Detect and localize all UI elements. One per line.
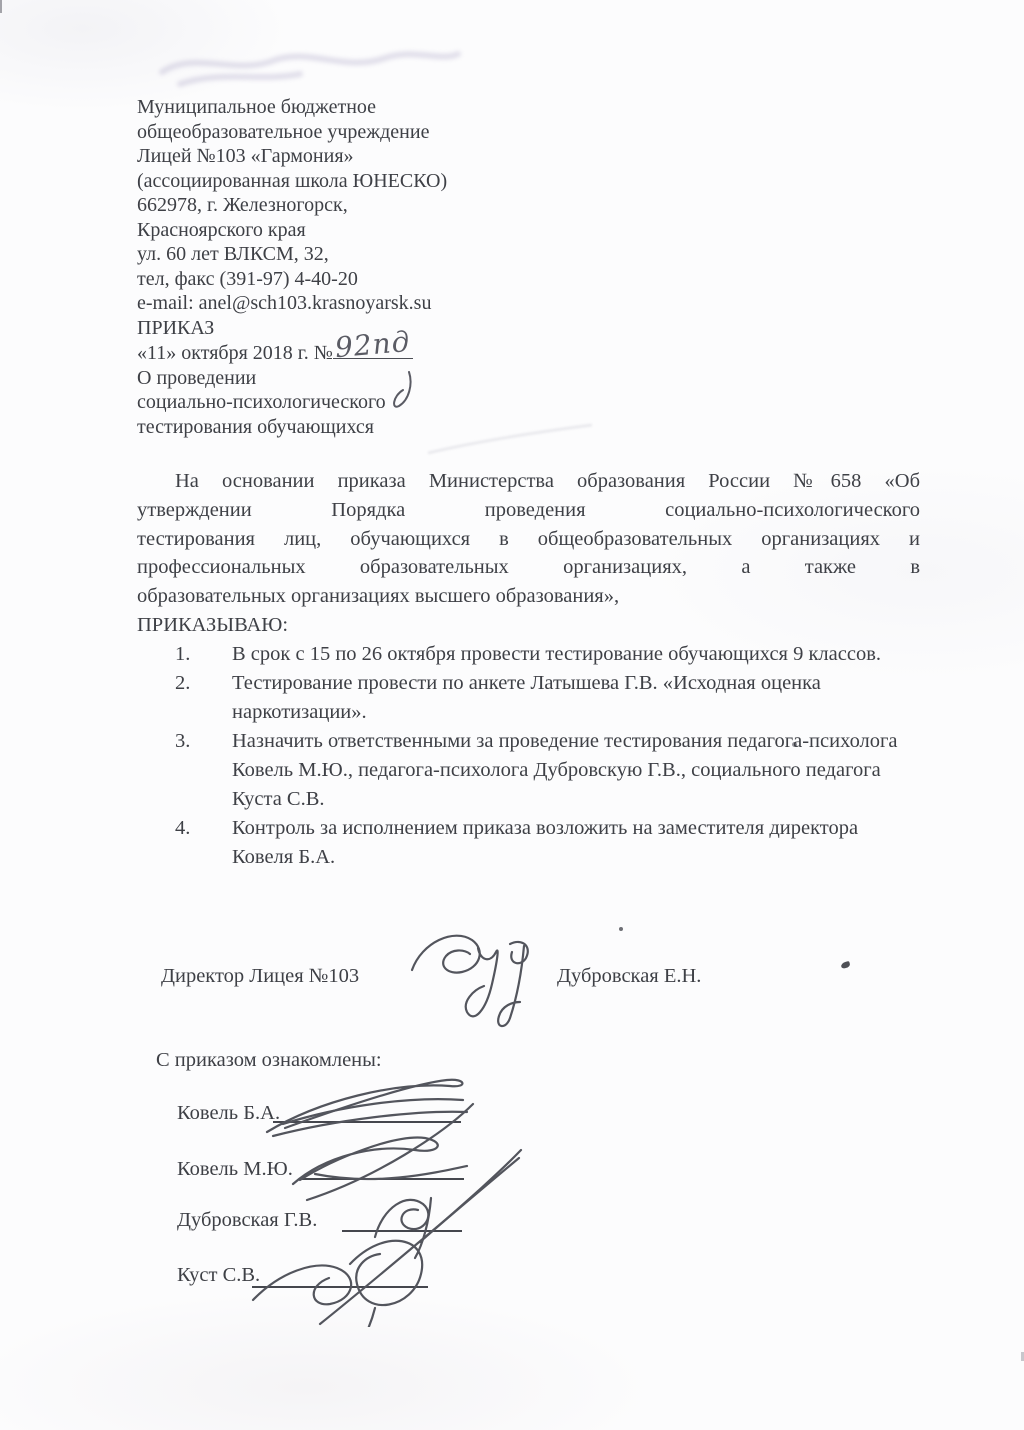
preamble-line: образовательных организациях высшего обр… [137, 582, 920, 611]
director-label: Директор Лицея №103 [161, 963, 359, 989]
order-item: 4. Контроль за исполнением приказа возло… [137, 814, 922, 872]
signatory-name: Дубровская Г.В. [177, 1207, 317, 1233]
item-number: 2. [175, 669, 232, 698]
preamble-line: На основании приказа Министерства образо… [137, 467, 920, 496]
signatory-name: Ковель Б.А. [177, 1100, 280, 1126]
item-number: 1. [175, 640, 232, 669]
order-preamble: На основании приказа Министерства образо… [137, 467, 920, 640]
order-number-blank-line: 92пд [333, 340, 413, 359]
letterhead-line: тел, факс (391-97) 4-40-20 [137, 267, 447, 292]
item-text: Тестирование провести по анкете Латышева… [232, 669, 922, 727]
preamble-line: тестирования лиц, обучающихся в общеобра… [137, 525, 920, 554]
letterhead-line: общеобразовательное учреждение [137, 120, 447, 145]
letterhead-line: e-mail: anel@sch103.krasnoyarsk.su [137, 291, 447, 316]
signature-kovel-ba [267, 1080, 467, 1136]
signatory-name: Ковель М.Ю. [177, 1156, 293, 1182]
letterhead: Муниципальное бюджетное общеобразователь… [137, 95, 447, 439]
letterhead-line: Красноярского края [137, 218, 447, 243]
signature-line [252, 1286, 428, 1288]
date-line-prefix: «11» октября 2018 г. № [137, 342, 333, 364]
letterhead-line: Муниципальное бюджетное [137, 95, 447, 120]
signatory-name: Куст С.В. [177, 1262, 260, 1288]
item-text: В срок с 15 по 26 октября провести тести… [232, 640, 922, 669]
subject-line: социально-психологического [137, 390, 447, 415]
preamble-line: утверждении Порядка проведения социально… [137, 496, 920, 525]
document-page: Муниципальное бюджетное общеобразователь… [0, 0, 1024, 1430]
signature-kovel-myu [293, 1104, 473, 1200]
decree-word: ПРИКАЗЫВАЮ: [137, 611, 920, 640]
preamble-line: профессиональных образовательных организ… [137, 553, 920, 582]
order-number-handwritten: 92пд [334, 328, 412, 362]
signature-line [273, 1121, 461, 1123]
signature-dubrovskaya-gv [375, 1150, 521, 1258]
ink-speck [619, 927, 623, 931]
letterhead-line: ул. 60 лет ВЛКСМ, 32, [137, 242, 447, 267]
item-number: 3. [175, 727, 232, 756]
ink-speck [840, 961, 850, 969]
order-item: 3. Назначить ответственными за проведени… [137, 727, 922, 814]
letterhead-line: 662978, г. Железногорск, [137, 193, 447, 218]
director-name: Дубровская Е.Н. [557, 963, 701, 989]
order-item: 2. Тестирование провести по анкете Латыш… [137, 669, 922, 727]
signature-line [342, 1230, 462, 1232]
item-text: Назначить ответственными за проведение т… [232, 727, 922, 814]
director-signature [410, 918, 555, 1036]
scan-edge-artifact [0, 0, 2, 13]
item-text: Контроль за исполнением приказа возложит… [232, 814, 922, 872]
item-number: 4. [175, 814, 232, 843]
signature-line [300, 1178, 464, 1180]
subject-line: тестирования обучающихся [137, 415, 447, 440]
letterhead-line: Лицей №103 «Гармония» [137, 144, 447, 169]
signature-kust-sv [253, 1158, 519, 1327]
acknowledged-heading: С приказом ознакомлены: [156, 1047, 382, 1073]
date-line: «11» октября 2018 г. №92пд [137, 340, 447, 366]
order-item: 1. В срок с 15 по 26 октября провести те… [137, 640, 922, 669]
subject-line: О проведении [137, 366, 447, 391]
order-items: 1. В срок с 15 по 26 октября провести те… [137, 640, 922, 872]
letterhead-line: (ассоциированная школа ЮНЕСКО) [137, 169, 447, 194]
faded-handwriting-ghost [150, 26, 480, 96]
